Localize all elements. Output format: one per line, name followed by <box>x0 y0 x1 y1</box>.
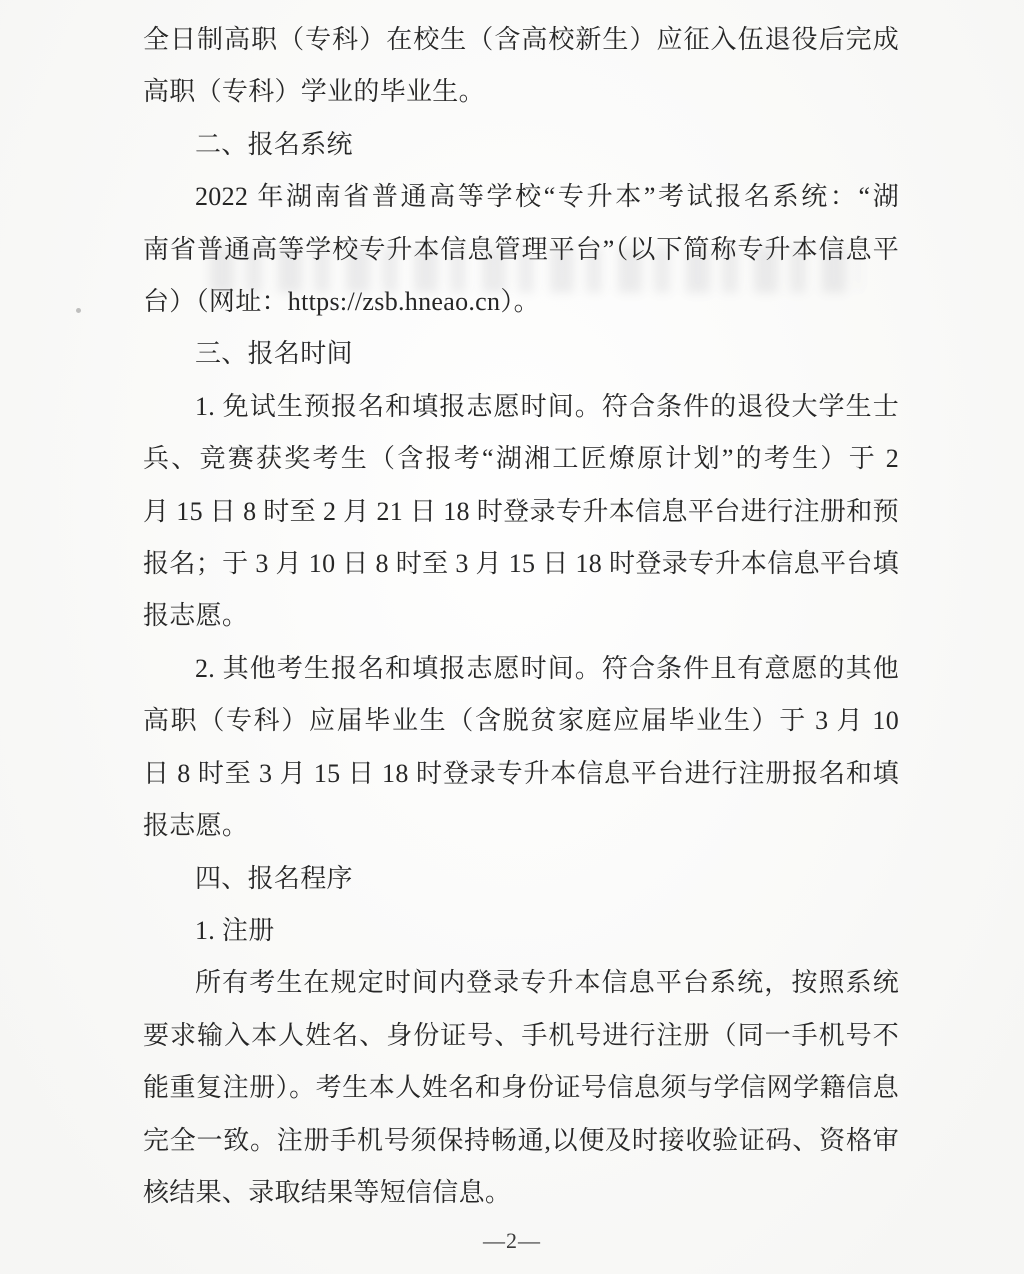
text-line: 兵、竞赛获奖考生（含报考“湖湘工匠燎原计划”的考生）于 2 <box>143 433 899 485</box>
text-line: 所有考生在规定时间内登录专升本信息平台系统，按照系统 <box>143 957 899 1009</box>
text-line: 报志愿。 <box>143 800 899 852</box>
text-line: 完全一致。注册手机号须保持畅通,以便及时接收验证码、资格审 <box>143 1115 899 1167</box>
text-line: 2. 其他考生报名和填报志愿时间。符合条件且有意愿的其他 <box>143 643 899 695</box>
text-line: 报志愿。 <box>143 590 899 642</box>
text-line: 1. 注册 <box>143 905 899 957</box>
text-line: 能重复注册）。考生本人姓名和身份证号信息须与学信网学籍信息 <box>143 1062 899 1114</box>
text-line: 月 15 日 8 时至 2 月 21 日 18 时登录专升本信息平台进行注册和预 <box>143 486 899 538</box>
text-line: 1. 免试生预报名和填报志愿时间。符合条件的退役大学生士 <box>143 381 899 433</box>
text-line: 台）（网址：https://zsb.hneao.cn）。 <box>143 276 899 328</box>
text-line: 高职（专科）学业的毕业生。 <box>143 66 899 118</box>
text-line: 高职（专科）应届毕业生（含脱贫家庭应届毕业生）于 3 月 10 <box>143 695 899 747</box>
page-number: —2— <box>0 1228 1024 1254</box>
scan-speck-artifact <box>76 308 81 313</box>
text-line: 核结果、录取结果等短信信息。 <box>143 1167 899 1219</box>
document-body: 全日制高职（专科）在校生（含高校新生）应征入伍退役后完成高职（专科）学业的毕业生… <box>143 14 899 1219</box>
text-line: 要求输入本人姓名、身份证号、手机号进行注册（同一手机号不 <box>143 1010 899 1062</box>
text-line: 南省普通高等学校专升本信息管理平台”（以下简称专升本信息平 <box>143 224 899 276</box>
scanned-document-page: 全日制高职（专科）在校生（含高校新生）应征入伍退役后完成高职（专科）学业的毕业生… <box>0 0 1024 1274</box>
text-line: 2022 年湖南省普通高等学校“专升本”考试报名系统：“湖 <box>143 171 899 223</box>
text-line: 三、报名时间 <box>143 328 899 380</box>
text-line: 二、报名系统 <box>143 119 899 171</box>
text-line: 全日制高职（专科）在校生（含高校新生）应征入伍退役后完成 <box>143 14 899 66</box>
text-line: 四、报名程序 <box>143 853 899 905</box>
text-line: 日 8 时至 3 月 15 日 18 时登录专升本信息平台进行注册报名和填 <box>143 748 899 800</box>
text-line: 报名；于 3 月 10 日 8 时至 3 月 15 日 18 时登录专升本信息平… <box>143 538 899 590</box>
